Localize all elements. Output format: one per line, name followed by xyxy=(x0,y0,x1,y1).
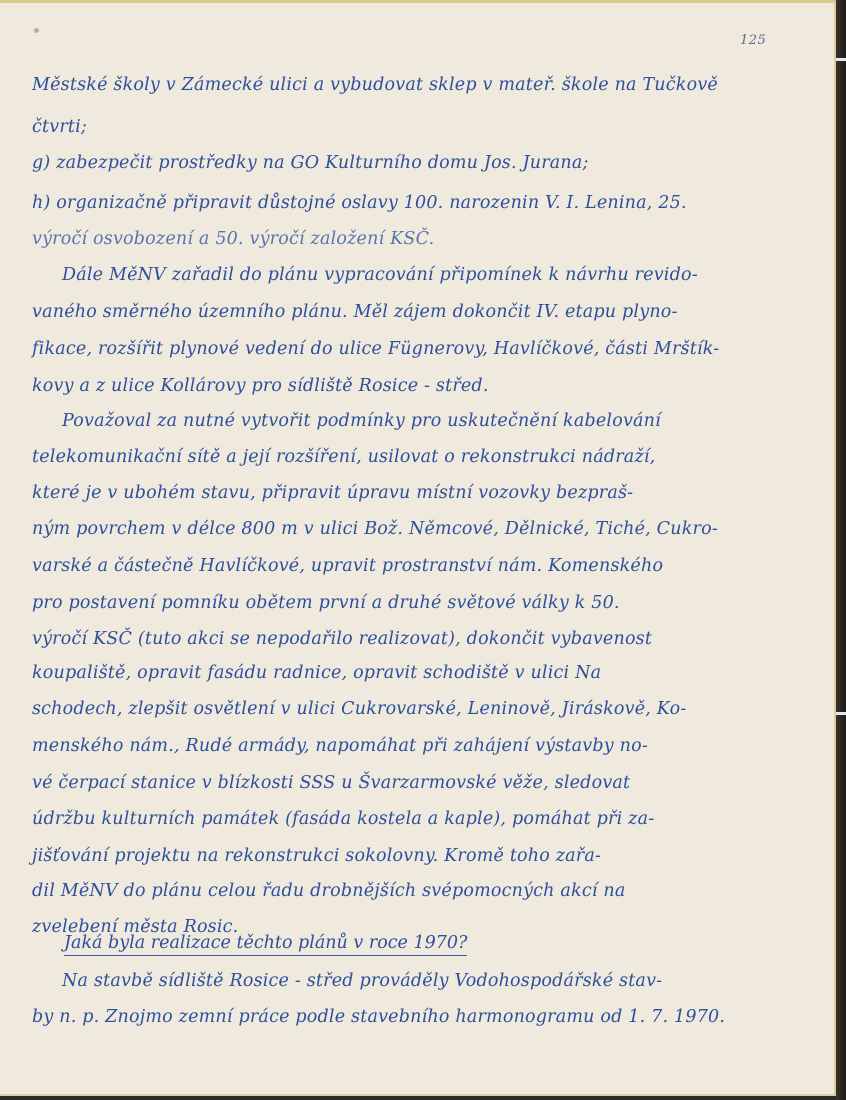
text-line: čtvrti; xyxy=(32,117,87,137)
text-line: Na stavbě sídliště Rosice - střed provád… xyxy=(62,971,662,991)
section-heading-text: Jaká byla realizace těchto plánů v roce … xyxy=(64,933,467,956)
text-line: které je v ubohém stavu, připravit úprav… xyxy=(32,483,633,503)
text-line: g) zabezpečit prostředky na GO Kulturníh… xyxy=(32,153,589,173)
text-line: vaného směrného územního plánu. Měl záje… xyxy=(32,302,678,322)
text-line: kovy a z ulice Kollárovy pro sídliště Ro… xyxy=(32,376,489,396)
text-line: jišťování projektu na rekonstrukci sokol… xyxy=(32,846,601,866)
text-line: dil MěNV do plánu celou řadu drobnějších… xyxy=(32,881,626,901)
scan-edge-mark xyxy=(836,58,846,61)
text-line: Považoval za nutné vytvořit podmínky pro… xyxy=(62,411,661,431)
text-line: menského nám., Rudé armády, napomáhat př… xyxy=(32,736,648,756)
text-line: fikace, rozšířit plynové vedení do ulice… xyxy=(32,339,719,359)
page-number: 125 xyxy=(740,33,766,48)
text-line: výročí osvobození a 50. výročí založení … xyxy=(32,229,434,249)
scan-edge xyxy=(836,0,846,1100)
text-line: telekomunikační sítě a její rozšíření, u… xyxy=(32,447,655,467)
document-page: 125 Městské školy v Zámecké ulici a vybu… xyxy=(0,0,836,1096)
text-line: h) organizačně připravit důstojné oslavy… xyxy=(32,193,687,213)
text-line: varské a částečně Havlíčkové, upravit pr… xyxy=(32,556,663,576)
text-line: údržbu kulturních památek (fasáda kostel… xyxy=(32,809,654,829)
text-line: by n. p. Znojmo zemní práce podle staveb… xyxy=(32,1007,725,1027)
paper-speck xyxy=(34,28,39,33)
text-line: pro postavení pomníku obětem první a dru… xyxy=(32,593,620,613)
text-line: výročí KSČ (tuto akci se nepodařilo real… xyxy=(32,629,652,649)
text-line: Dále MěNV zařadil do plánu vypracování p… xyxy=(62,265,698,285)
text-line: schodech, zlepšit osvětlení v ulici Cukr… xyxy=(32,699,686,719)
text-line: ným povrchem v délce 800 m v ulici Bož. … xyxy=(32,519,718,539)
text-line: Městské školy v Zámecké ulici a vybudova… xyxy=(32,75,718,95)
text-line: vé čerpací stanice v blízkosti SSS u Šva… xyxy=(32,773,630,793)
text-line: koupaliště, opravit fasádu radnice, opra… xyxy=(32,663,601,683)
scan-edge-mark xyxy=(836,712,846,715)
section-heading: Jaká byla realizace těchto plánů v roce … xyxy=(64,933,467,953)
